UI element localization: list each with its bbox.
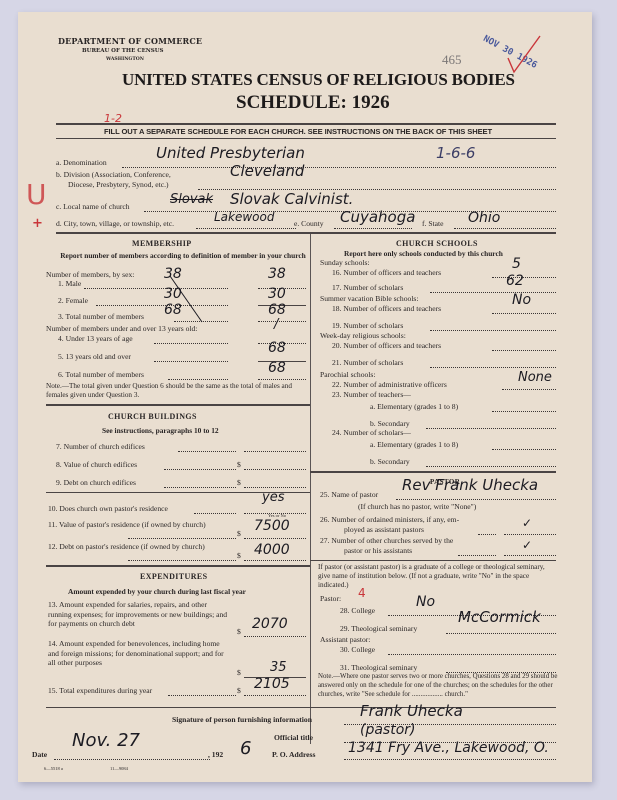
pastor-education-label: Pastor:	[320, 594, 341, 603]
dollar-sign: $	[237, 478, 241, 487]
over-13-label: 5. 13 years old and over	[58, 352, 131, 361]
bureau-label: BUREAU OF THE CENSUS	[82, 48, 164, 54]
po-address-label: P. O. Address	[272, 750, 315, 759]
print-code-1: 6—5518 a	[44, 766, 63, 771]
division-label-line2: Diocese, Presbytery, Synod, etc.)	[68, 180, 169, 189]
signature-field[interactable]: Frank Uhecka	[360, 702, 463, 720]
q18-field[interactable]: No	[512, 292, 531, 308]
running-expenses-field[interactable]: 2070	[252, 616, 288, 632]
pastor-note: Note.—Where one pastor serves two or mor…	[318, 673, 558, 699]
dollar-sign: $	[237, 529, 241, 538]
q17-label: 17. Number of scholars	[332, 283, 403, 292]
instruction-banner: FILL OUT A SEPARATE SCHEDULE FOR EACH CH…	[104, 127, 492, 136]
education-instructions: If pastor (or assistant pastor) is a gra…	[318, 563, 558, 590]
city-label: WASHINGTON	[106, 57, 144, 62]
year-field[interactable]: 6	[240, 738, 251, 759]
total-members-6-label: 6. Total number of members	[58, 370, 144, 379]
denomination-field[interactable]: United Presbyterian	[156, 144, 305, 162]
q21-label: 21. Number of scholars	[332, 358, 403, 367]
residence-debt-label: 12. Debt on pastor's residence (if owned…	[48, 542, 218, 552]
assistants-label-2: ployed as assistant pastors	[344, 525, 424, 534]
by-sex-label: Number of members, by sex:	[46, 270, 134, 279]
church-buildings-title: CHURCH BUILDINGS	[108, 412, 197, 421]
asst-college-label: 30. College	[340, 645, 375, 654]
dollar-sign: $	[237, 551, 241, 560]
assistant-pastor-label: Assistant pastor:	[320, 635, 370, 644]
seminary-field[interactable]: McCormick	[458, 608, 541, 626]
church-schools-title: CHURCH SCHOOLS	[396, 239, 478, 248]
benevolences-field[interactable]: 35	[270, 660, 287, 675]
date-label: Date	[32, 750, 47, 759]
pastor-name-field[interactable]: Rev Frank Uhecka	[402, 476, 538, 494]
q24a-label: a. Elementary (grades 1 to 8)	[370, 440, 458, 449]
dollar-sign: $	[237, 668, 241, 677]
edifices-count-label: 7. Number of church edifices	[56, 442, 145, 451]
by-age-label: Number of members under and over 13 year…	[46, 324, 197, 333]
total-members-b[interactable]: 68	[268, 302, 286, 318]
division-label-line1: b. Division (Association, Conference,	[56, 170, 171, 179]
owns-residence-label: 10. Does church own pastor's residence	[48, 504, 168, 513]
college-field[interactable]: No	[416, 594, 435, 610]
q22-label: 22. Number of administrative officers	[332, 380, 447, 389]
department-label: DEPARTMENT OF COMMERCE	[58, 36, 202, 46]
under-13-label: 4. Under 13 years of age	[58, 334, 133, 343]
q16-field[interactable]: 5	[512, 256, 521, 272]
strike-through-mark	[168, 274, 208, 324]
year-prefix: , 192	[208, 750, 223, 759]
county-label: e. County	[294, 219, 324, 228]
q17-field[interactable]: 62	[506, 273, 524, 289]
assistants-label-1: 26. Number of ordained ministers, if any…	[320, 515, 459, 524]
by-age-mark: /	[274, 317, 278, 332]
form-number: 465	[442, 52, 462, 68]
church-schools-subtitle: Report here only schools conducted by th…	[344, 249, 503, 258]
dollar-sign: $	[237, 686, 241, 695]
other-churches-label-2: pastor or his assistants	[344, 546, 412, 555]
po-address-field[interactable]: 1341 Fry Ave., Lakewood, O.	[348, 740, 549, 756]
assistants-field[interactable]: ✓	[522, 516, 532, 530]
edifices-value-label: 8. Value of church edifices	[56, 460, 137, 469]
summer-schools-label: Summer vacation Bible schools:	[320, 294, 419, 303]
edifices-debt-label: 9. Debt on church edifices	[56, 478, 136, 487]
male-count-b[interactable]: 38	[268, 266, 286, 282]
local-name-field[interactable]: Slovak Calvinist.	[230, 190, 353, 208]
signature-label: Signature of person furnishing informati…	[172, 715, 312, 724]
division-field[interactable]: Cleveland	[230, 162, 304, 180]
college-label: 28. College	[340, 606, 375, 615]
total-members-6-count[interactable]: 68	[268, 360, 286, 376]
residence-value-label: 11. Value of pastor's residence (if owne…	[48, 520, 218, 530]
official-title-field[interactable]: (pastor)	[360, 722, 416, 738]
female-label: 2. Female	[58, 296, 88, 305]
running-expenses-label: 13. Amount expended for salaries, repair…	[48, 600, 230, 629]
q23a-label: a. Elementary (grades 1 to 8)	[370, 402, 458, 411]
local-name-label: c. Local name of church	[56, 202, 130, 211]
membership-title: MEMBERSHIP	[132, 239, 192, 248]
other-churches-field[interactable]: ✓	[522, 538, 532, 552]
q20-label: 20. Number of officers and teachers	[332, 341, 441, 350]
asst-seminary-label: 31. Theological seminary	[340, 663, 417, 672]
pastor-name-hint: (If church has no pastor, write "None")	[358, 502, 476, 511]
total-expenditures-field[interactable]: 2105	[254, 676, 290, 692]
schedule-title: SCHEDULE: 1926	[236, 92, 390, 114]
census-schedule-sheet: DEPARTMENT OF COMMERCE BUREAU OF THE CEN…	[18, 12, 592, 782]
male-label: 1. Male	[58, 279, 81, 288]
expenditures-subtitle: Amount expended by your church during la…	[68, 587, 246, 596]
print-code-2: 11—9084	[110, 766, 128, 771]
q24-label: 24. Number of scholars—	[332, 428, 411, 437]
female-count-b[interactable]: 30	[268, 286, 286, 302]
sunday-schools-label: Sunday schools:	[320, 258, 370, 267]
membership-subtitle: Report number of members according to de…	[56, 251, 310, 261]
church-buildings-subtitle: See instructions, paragraphs 10 to 12	[102, 426, 219, 435]
benevolences-label: 14. Amount expended for benevolences, in…	[48, 639, 230, 668]
pastor-red-mark: 4	[358, 586, 366, 600]
q23-label: 23. Number of teachers—	[332, 390, 411, 399]
dollar-sign: $	[237, 460, 241, 469]
pastor-name-label: 25. Name of pastor	[320, 490, 378, 499]
parochial-schools-label: Parochial schools:	[320, 370, 375, 379]
city-field[interactable]: Lakewood	[214, 210, 275, 224]
seminary-label: 29. Theological seminary	[340, 624, 417, 633]
q16-label: 16. Number of officers and teachers	[332, 268, 441, 277]
q18-label: 18. Number of officers and teachers	[332, 304, 441, 313]
state-field[interactable]: Ohio	[468, 210, 500, 226]
weekday-schools-label: Week-day religious schools:	[320, 331, 406, 340]
over-13-count[interactable]: 68	[268, 340, 286, 356]
margin-plus-mark: +	[32, 216, 43, 231]
q24b-label: b. Secondary	[370, 457, 410, 466]
margin-mark: U	[26, 178, 47, 211]
residence-debt-field[interactable]: 4000	[254, 542, 290, 558]
residence-value-field[interactable]: 7500	[254, 518, 290, 534]
county-field[interactable]: Cuyahoga	[340, 208, 415, 226]
expenditures-title: EXPENDITURES	[140, 572, 207, 581]
q19-label: 19. Number of scholars	[332, 321, 403, 330]
total-members-label: 3. Total number of members	[58, 312, 144, 321]
dollar-sign: $	[237, 627, 241, 636]
denomination-label: a. Denomination	[56, 158, 107, 167]
official-title-label: Official title	[274, 733, 313, 742]
date-field[interactable]: Nov. 27	[72, 730, 140, 751]
denomination-code: 1-6-6	[436, 144, 475, 162]
other-churches-label-1: 27. Number of other churches served by t…	[320, 536, 453, 545]
owns-residence-field[interactable]: yes	[262, 490, 284, 505]
total-expenditures-label: 15. Total expenditures during year	[48, 686, 152, 695]
form-title: UNITED STATES CENSUS OF RELIGIOUS BODIES	[122, 70, 515, 90]
membership-note: Note.—The total given under Question 6 s…	[46, 382, 308, 400]
state-label: f. State	[422, 219, 444, 228]
city-label: d. City, town, village, or township, etc…	[56, 219, 174, 228]
local-name-struck: Slovak	[170, 192, 213, 207]
q23b-label: b. Secondary	[370, 419, 410, 428]
q22-field[interactable]: None	[518, 370, 552, 385]
